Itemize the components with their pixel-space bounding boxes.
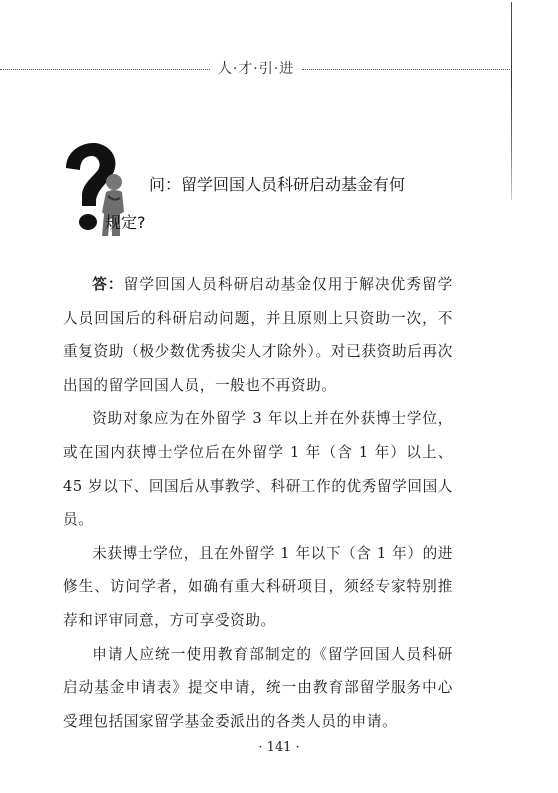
page-margin-line bbox=[511, 2, 512, 200]
section-title: 人·才·引·进 bbox=[218, 58, 294, 78]
answer-paragraph-2: 资助对象应为在外留学 3 年以上并在外获博士学位，或在国内获博士学位后在外留学 … bbox=[63, 402, 453, 536]
answer-paragraph-1: 答：留学回国人员科研启动基金仅用于解决优秀留学人员回国后的科研启动问题，并且原则… bbox=[63, 268, 453, 402]
answer-paragraph-3: 未获博士学位，且在外留学 1 年以下（含 1 年）的进修生、访问学者，如确有重大… bbox=[63, 537, 453, 638]
answer-paragraph-1-text: 留学回国人员科研启动基金仅用于解决优秀留学人员回国后的科研启动问题，并且原则上只… bbox=[63, 276, 453, 394]
answer-body: 答：留学回国人员科研启动基金仅用于解决优秀留学人员回国后的科研启动问题，并且原则… bbox=[63, 268, 453, 738]
question-line-1: 问：留学回国人员科研启动基金有何 bbox=[105, 166, 455, 204]
answer-paragraph-4: 申请人应统一使用教育部制定的《留学回国人员科研启动基金申请表》提交申请，统一由教… bbox=[63, 638, 453, 739]
question-heading: 问：留学回国人员科研启动基金有何 规定? bbox=[105, 166, 455, 242]
page-number: · 141 · bbox=[0, 740, 558, 755]
header-dotted-rule-left bbox=[0, 69, 210, 70]
answer-label: 答： bbox=[92, 276, 123, 293]
question-line-2: 规定? bbox=[105, 204, 455, 242]
running-header: 人·才·引·进 bbox=[0, 56, 512, 80]
header-dotted-rule-right bbox=[302, 69, 512, 70]
